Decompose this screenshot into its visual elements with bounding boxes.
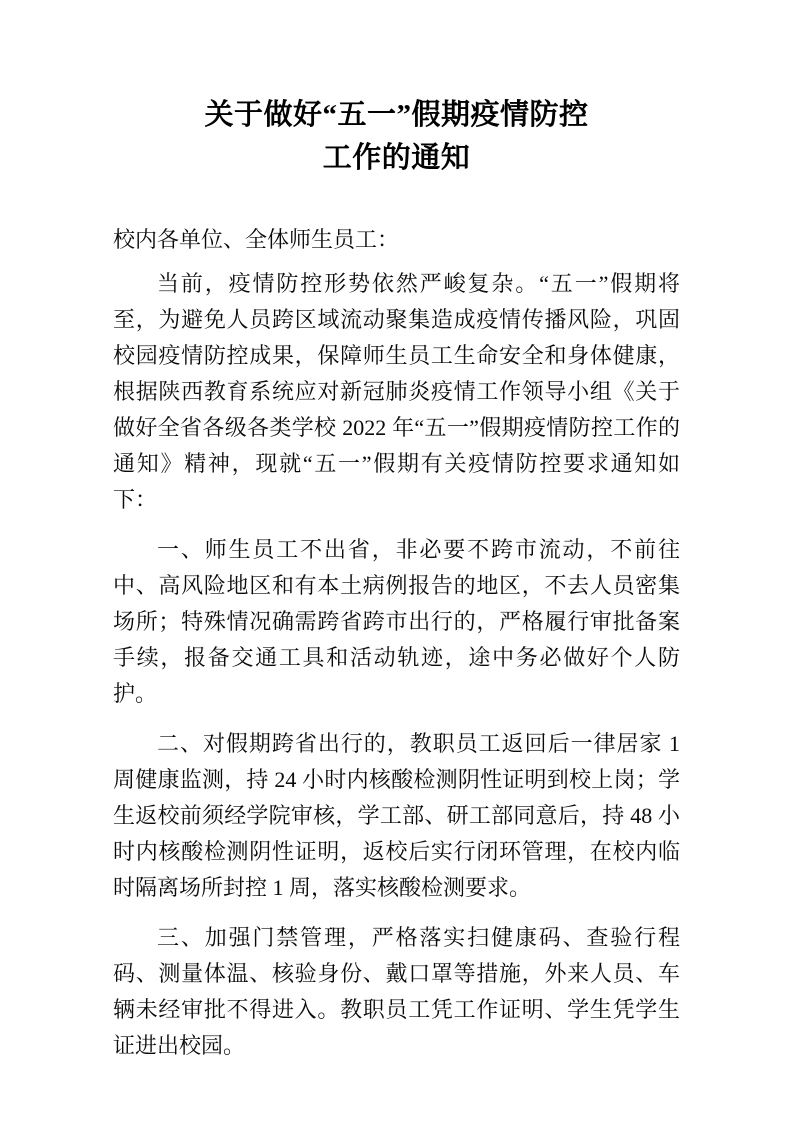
document-title: 关于做好“五一”假期疫情防控 工作的通知	[113, 94, 680, 180]
paragraph-item-1: 一、师生员工不出省，非必要不跨市流动，不前往中、高风险地区和有本土病例报告的地区…	[113, 532, 680, 712]
salutation-line: 校内各单位、全体师生员工：	[113, 222, 680, 258]
document-page: 关于做好“五一”假期疫情防控 工作的通知 校内各单位、全体师生员工： 当前，疫情…	[0, 0, 793, 1122]
document-title-line-1: 关于做好“五一”假期疫情防控	[113, 94, 680, 137]
document-content: 关于做好“五一”假期疫情防控 工作的通知 校内各单位、全体师生员工： 当前，疫情…	[113, 94, 680, 1064]
document-title-line-2: 工作的通知	[113, 137, 680, 180]
paragraph-item-2: 二、对假期跨省出行的，教职员工返回后一律居家 1 周健康监测，持 24 小时内核…	[113, 726, 680, 906]
paragraph-item-3: 三、加强门禁管理，严格落实扫健康码、查验行程码、测量体温、核验身份、戴口罩等措施…	[113, 920, 680, 1064]
paragraph-intro: 当前，疫情防控形势依然严峻复杂。“五一”假期将至，为避免人员跨区域流动聚集造成疫…	[113, 266, 680, 518]
